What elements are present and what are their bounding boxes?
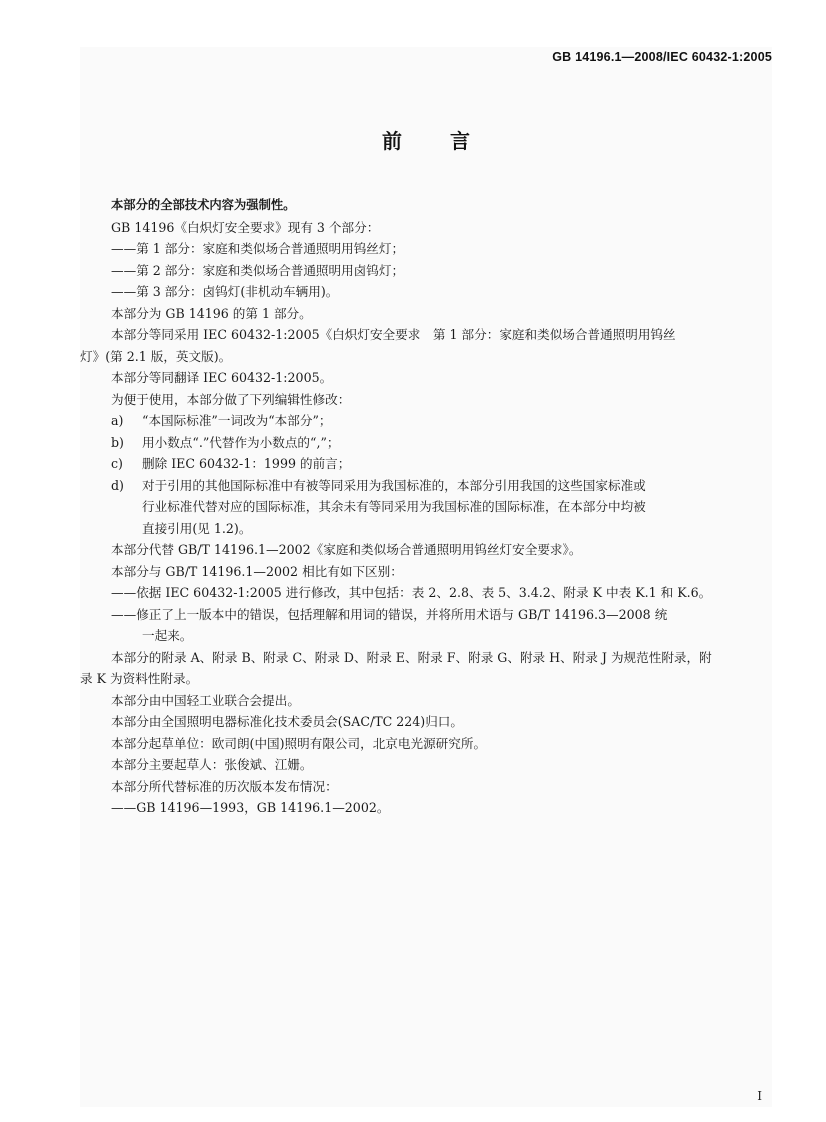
difference-list-item-cont: 一起来。	[80, 625, 772, 647]
paragraph-drafters: 本部分主要起草人：张俊斌、江姗。	[80, 754, 772, 776]
paragraph-proposed-by: 本部分由中国轻工业联合会提出。	[80, 690, 772, 712]
edit-list-item: b) 用小数点“.”代替作为小数点的“,”；	[80, 432, 772, 454]
paragraph-annexes: 本部分的附录 A、附录 B、附录 C、附录 D、附录 E、附录 F、附录 G、附…	[80, 647, 772, 669]
page-title: 前言	[80, 125, 772, 154]
difference-list-item: ——依据 IEC 60432-1:2005 进行修改，其中包括：表 2、2.8、…	[80, 582, 772, 604]
list-text: 用小数点“.”代替作为小数点的“,”；	[142, 432, 339, 454]
paragraph-drafting-units: 本部分起草单位：欧司朗(中国)照明有限公司，北京电光源研究所。	[80, 733, 772, 755]
list-text: 对于引用的其他国际标准中有被等同采用为我国标准的，本部分引用我国的这些国家标准或	[142, 475, 646, 497]
part-list-item: ——第 1 部分：家庭和类似场合普通照明用钨丝灯；	[80, 238, 772, 260]
part-list-item: ——第 2 部分：家庭和类似场合普通照明用卤钨灯；	[80, 260, 772, 282]
paragraph-adoption: 本部分等同采用 IEC 60432-1:2005《白炽灯安全要求 第 1 部分：…	[80, 324, 772, 346]
edit-list-item-cont: 直接引用(见 1.2)。	[80, 518, 772, 540]
list-label: a)	[111, 410, 142, 432]
paragraph-replaces: 本部分代替 GB/T 14196.1—2002《家庭和类似场合普通照明用钨丝灯安…	[80, 539, 772, 561]
paragraph-annexes-cont: 录 K 为资料性附录。	[80, 668, 772, 690]
list-label: d)	[111, 475, 142, 497]
paragraph-adoption-cont: 灯》(第 2.1 版，英文版)。	[80, 346, 772, 368]
paragraph-parts-intro: GB 14196《白炽灯安全要求》现有 3 个部分：	[80, 217, 772, 239]
edit-list-item-cont: 行业标准代替对应的国际标准，其余未有等同采用为我国标准的国际标准，在本部分中均被	[80, 496, 772, 518]
paragraph-history-intro: 本部分所代替标准的历次版本发布情况：	[80, 776, 772, 798]
list-label: c)	[111, 453, 142, 475]
mandatory-statement: 本部分的全部技术内容为强制性。	[80, 195, 772, 217]
paragraph-differences-intro: 本部分与 GB/T 14196.1—2002 相比有如下区别：	[80, 561, 772, 583]
standard-code-header: GB 14196.1—2008/IEC 60432-1:2005	[552, 50, 772, 64]
list-label: b)	[111, 432, 142, 454]
page-number: I	[757, 1089, 762, 1103]
edit-list-item: a) “本国际标准”一词改为“本部分”；	[80, 410, 772, 432]
part-list-item: ——第 3 部分：卤钨灯(非机动车辆用)。	[80, 281, 772, 303]
list-text: 删除 IEC 60432-1：1999 的前言；	[142, 453, 350, 475]
paragraph-translation: 本部分等同翻译 IEC 60432-1:2005。	[80, 367, 772, 389]
paragraph-part-number: 本部分为 GB 14196 的第 1 部分。	[80, 303, 772, 325]
list-text: “本国际标准”一词改为“本部分”；	[142, 410, 331, 432]
edit-list-item: d) 对于引用的其他国际标准中有被等同采用为我国标准的，本部分引用我国的这些国家…	[80, 475, 772, 497]
paragraph-centralized-by: 本部分由全国照明电器标准化技术委员会(SAC/TC 224)归口。	[80, 711, 772, 733]
paragraph-edits-intro: 为便于使用，本部分做了下列编辑性修改：	[80, 389, 772, 411]
document-page: GB 14196.1—2008/IEC 60432-1:2005 前言 本部分的…	[80, 47, 772, 1107]
foreword-body: 本部分的全部技术内容为强制性。 GB 14196《白炽灯安全要求》现有 3 个部…	[80, 195, 772, 819]
difference-list-item: ——修正了上一版本中的错误，包括理解和用词的错误，并将所用术语与 GB/T 14…	[80, 604, 772, 626]
history-list-item: ——GB 14196—1993，GB 14196.1—2002。	[80, 797, 772, 819]
edit-list-item: c) 删除 IEC 60432-1：1999 的前言；	[80, 453, 772, 475]
